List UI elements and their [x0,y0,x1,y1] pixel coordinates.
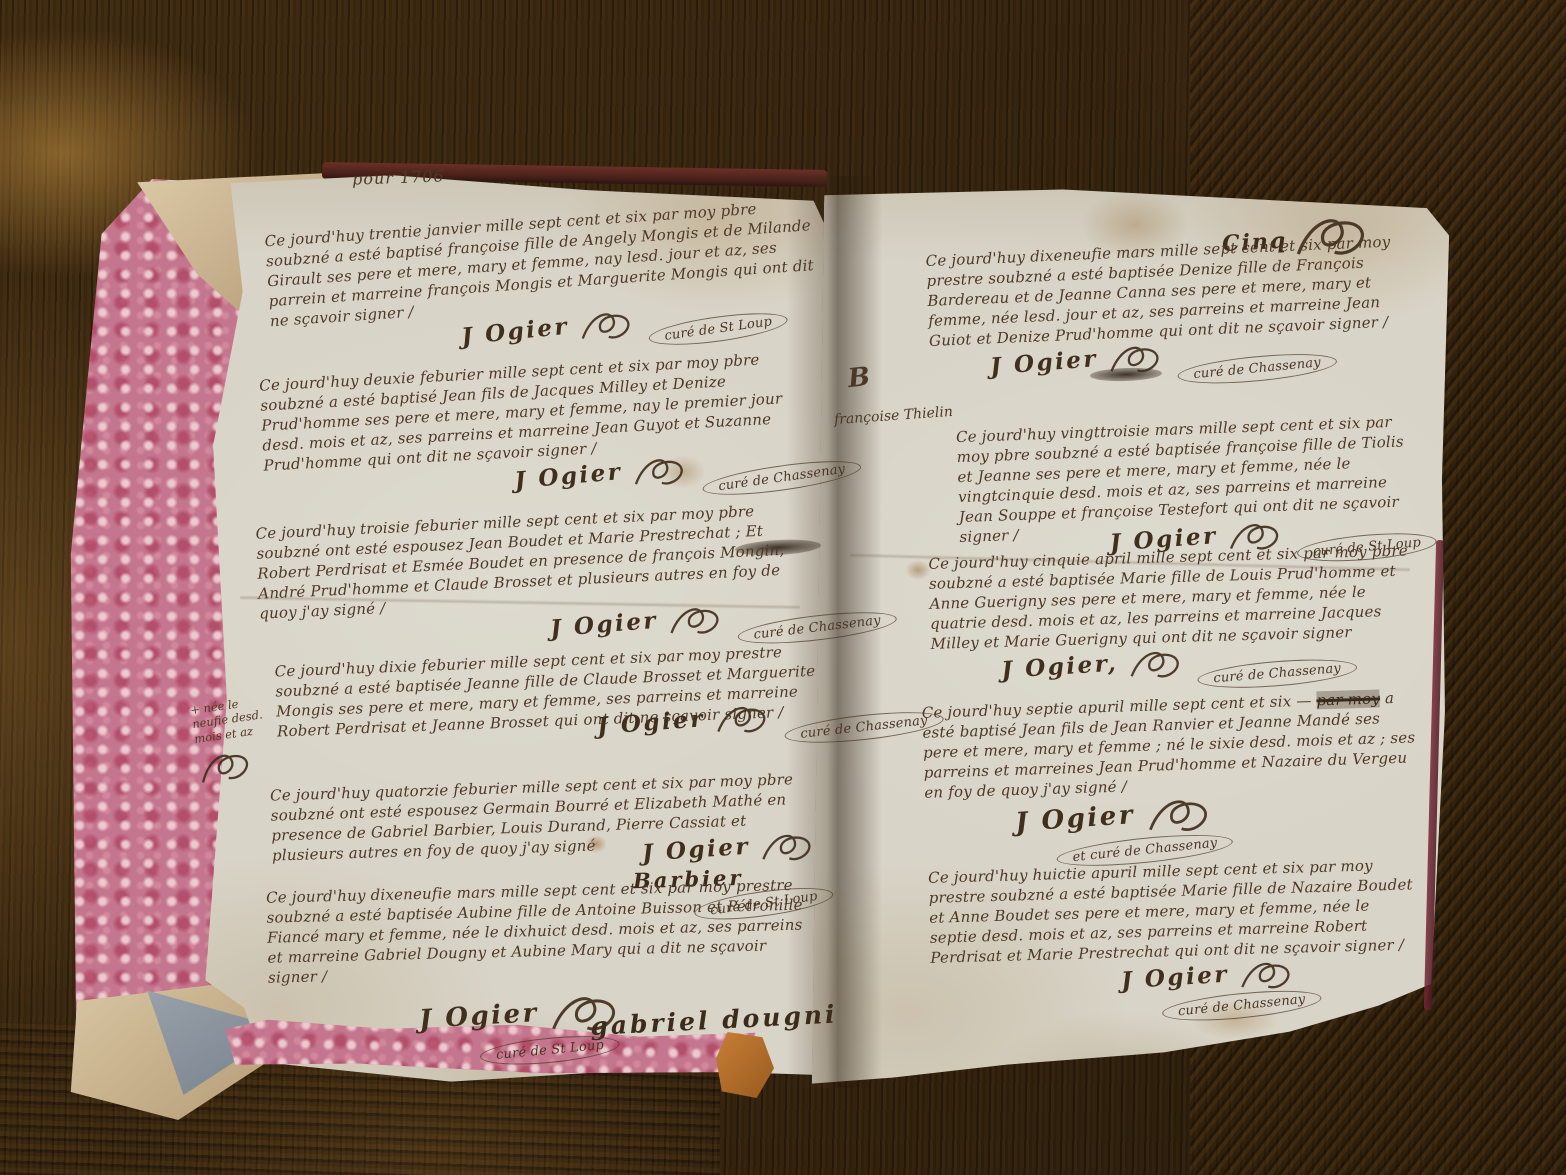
entry-text: Ce jourd'huy cinquie april mille sept ce… [928,541,1423,654]
priest-signature: J Ogier [418,996,540,1038]
signature-flourish-icon [665,600,729,643]
priest-signature: J Ogier, [1001,649,1120,687]
year-heading: pour 1706 [352,166,445,188]
signature-flourish-icon [629,451,693,494]
entry-text: Ce jourd'huy dixeneufie mars mille sept … [266,875,816,988]
signature-flourish-icon [1105,339,1169,382]
register-entry: Ce jourd'huy troisie feburier mille sept… [255,499,821,661]
signature-flourish-icon [757,827,820,869]
priest-signature: J Ogier [989,344,1099,383]
signature-flourish-icon [576,305,641,349]
margin-letter: B [846,361,871,396]
priest-signature: J Ogier [460,312,571,353]
register-entry: Ce jourd'huy septie apuril mille sept ce… [922,688,1423,869]
signature-flourish-icon [1142,791,1219,841]
entry-text: Ce jourd'huy septie apuril mille sept ce… [922,688,1421,803]
photo-of-parish-register: { "book": { "colors": { "paper": "#d8d4c… [0,0,1566,1175]
priest-signature: J Ogier [596,705,706,743]
priest-signature: J Ogier [1014,799,1136,841]
entry-text: Ce jourd'huy huictie apuril mille sept c… [928,855,1421,968]
register-entry: Ce jourd'huy huictie apuril mille sept c… [928,855,1422,1027]
register-entry: Ce jourd'huy cinquie april mille sept ce… [928,541,1424,691]
register-entry: Ce jourd'huy dixeneufie mars mille sept … [266,875,818,1069]
register-entry: Ce jourd'huy dixeneufie mars mille sept … [925,232,1408,389]
entry-text: Ce jourd'huy dixeneufie mars mille sept … [925,232,1407,352]
priest-signature: J Ogier [513,457,623,497]
priest-signature: J Ogier [1120,960,1230,997]
signature-flourish-icon [1126,644,1189,686]
signature-flourish-icon [712,699,775,741]
struck-words: par moy [1316,689,1380,709]
paper-stain [905,560,931,580]
register-entry: Ce jourd'huy deuxie feburier mille sept … [259,347,825,513]
priest-signature: J Ogier [549,606,659,645]
